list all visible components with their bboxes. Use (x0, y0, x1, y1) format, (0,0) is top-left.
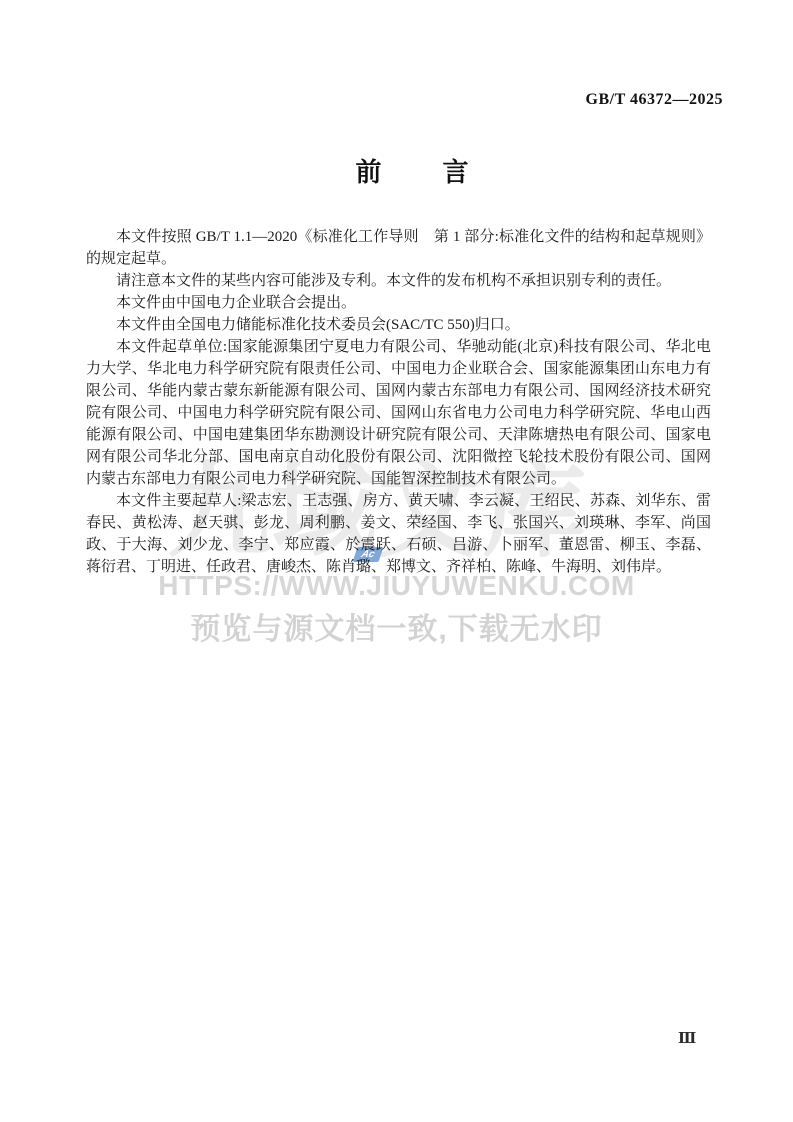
foreword-paragraph-drafting-organizations: 本文件起草单位:国家能源集团宁夏电力有限公司、华驰动能(北京)科技有限公司、华北… (86, 336, 711, 490)
foreword-paragraph: 本文件按照 GB/T 1.1—2020《标准化工作导则 第 1 部分:标准化文件… (86, 226, 711, 270)
page-title: 前 言 (0, 152, 793, 189)
standard-document-page: GB/T 46372—2025 前 言 九域文库 Ac HTTPS://WWW.… (0, 0, 793, 1122)
foreword-body: 本文件按照 GB/T 1.1—2020《标准化工作导则 第 1 部分:标准化文件… (86, 226, 711, 578)
foreword-paragraph-drafters: 本文件主要起草人:梁志宏、王志强、房方、黄天啸、李云凝、王绍民、苏森、刘华东、雷… (86, 490, 711, 578)
foreword-paragraph: 请注意本文件的某些内容可能涉及专利。本文件的发布机构不承担识别专利的责任。 (86, 270, 711, 292)
document-code: GB/T 46372—2025 (0, 91, 723, 109)
page-number: Ⅲ (678, 1029, 696, 1048)
watermark-slogan-text: 预览与源文档一致,下载无水印 (0, 604, 793, 648)
foreword-paragraph: 本文件由中国电力企业联合会提出。 (86, 292, 711, 314)
foreword-paragraph: 本文件由全国电力储能标准化技术委员会(SAC/TC 550)归口。 (86, 314, 711, 336)
